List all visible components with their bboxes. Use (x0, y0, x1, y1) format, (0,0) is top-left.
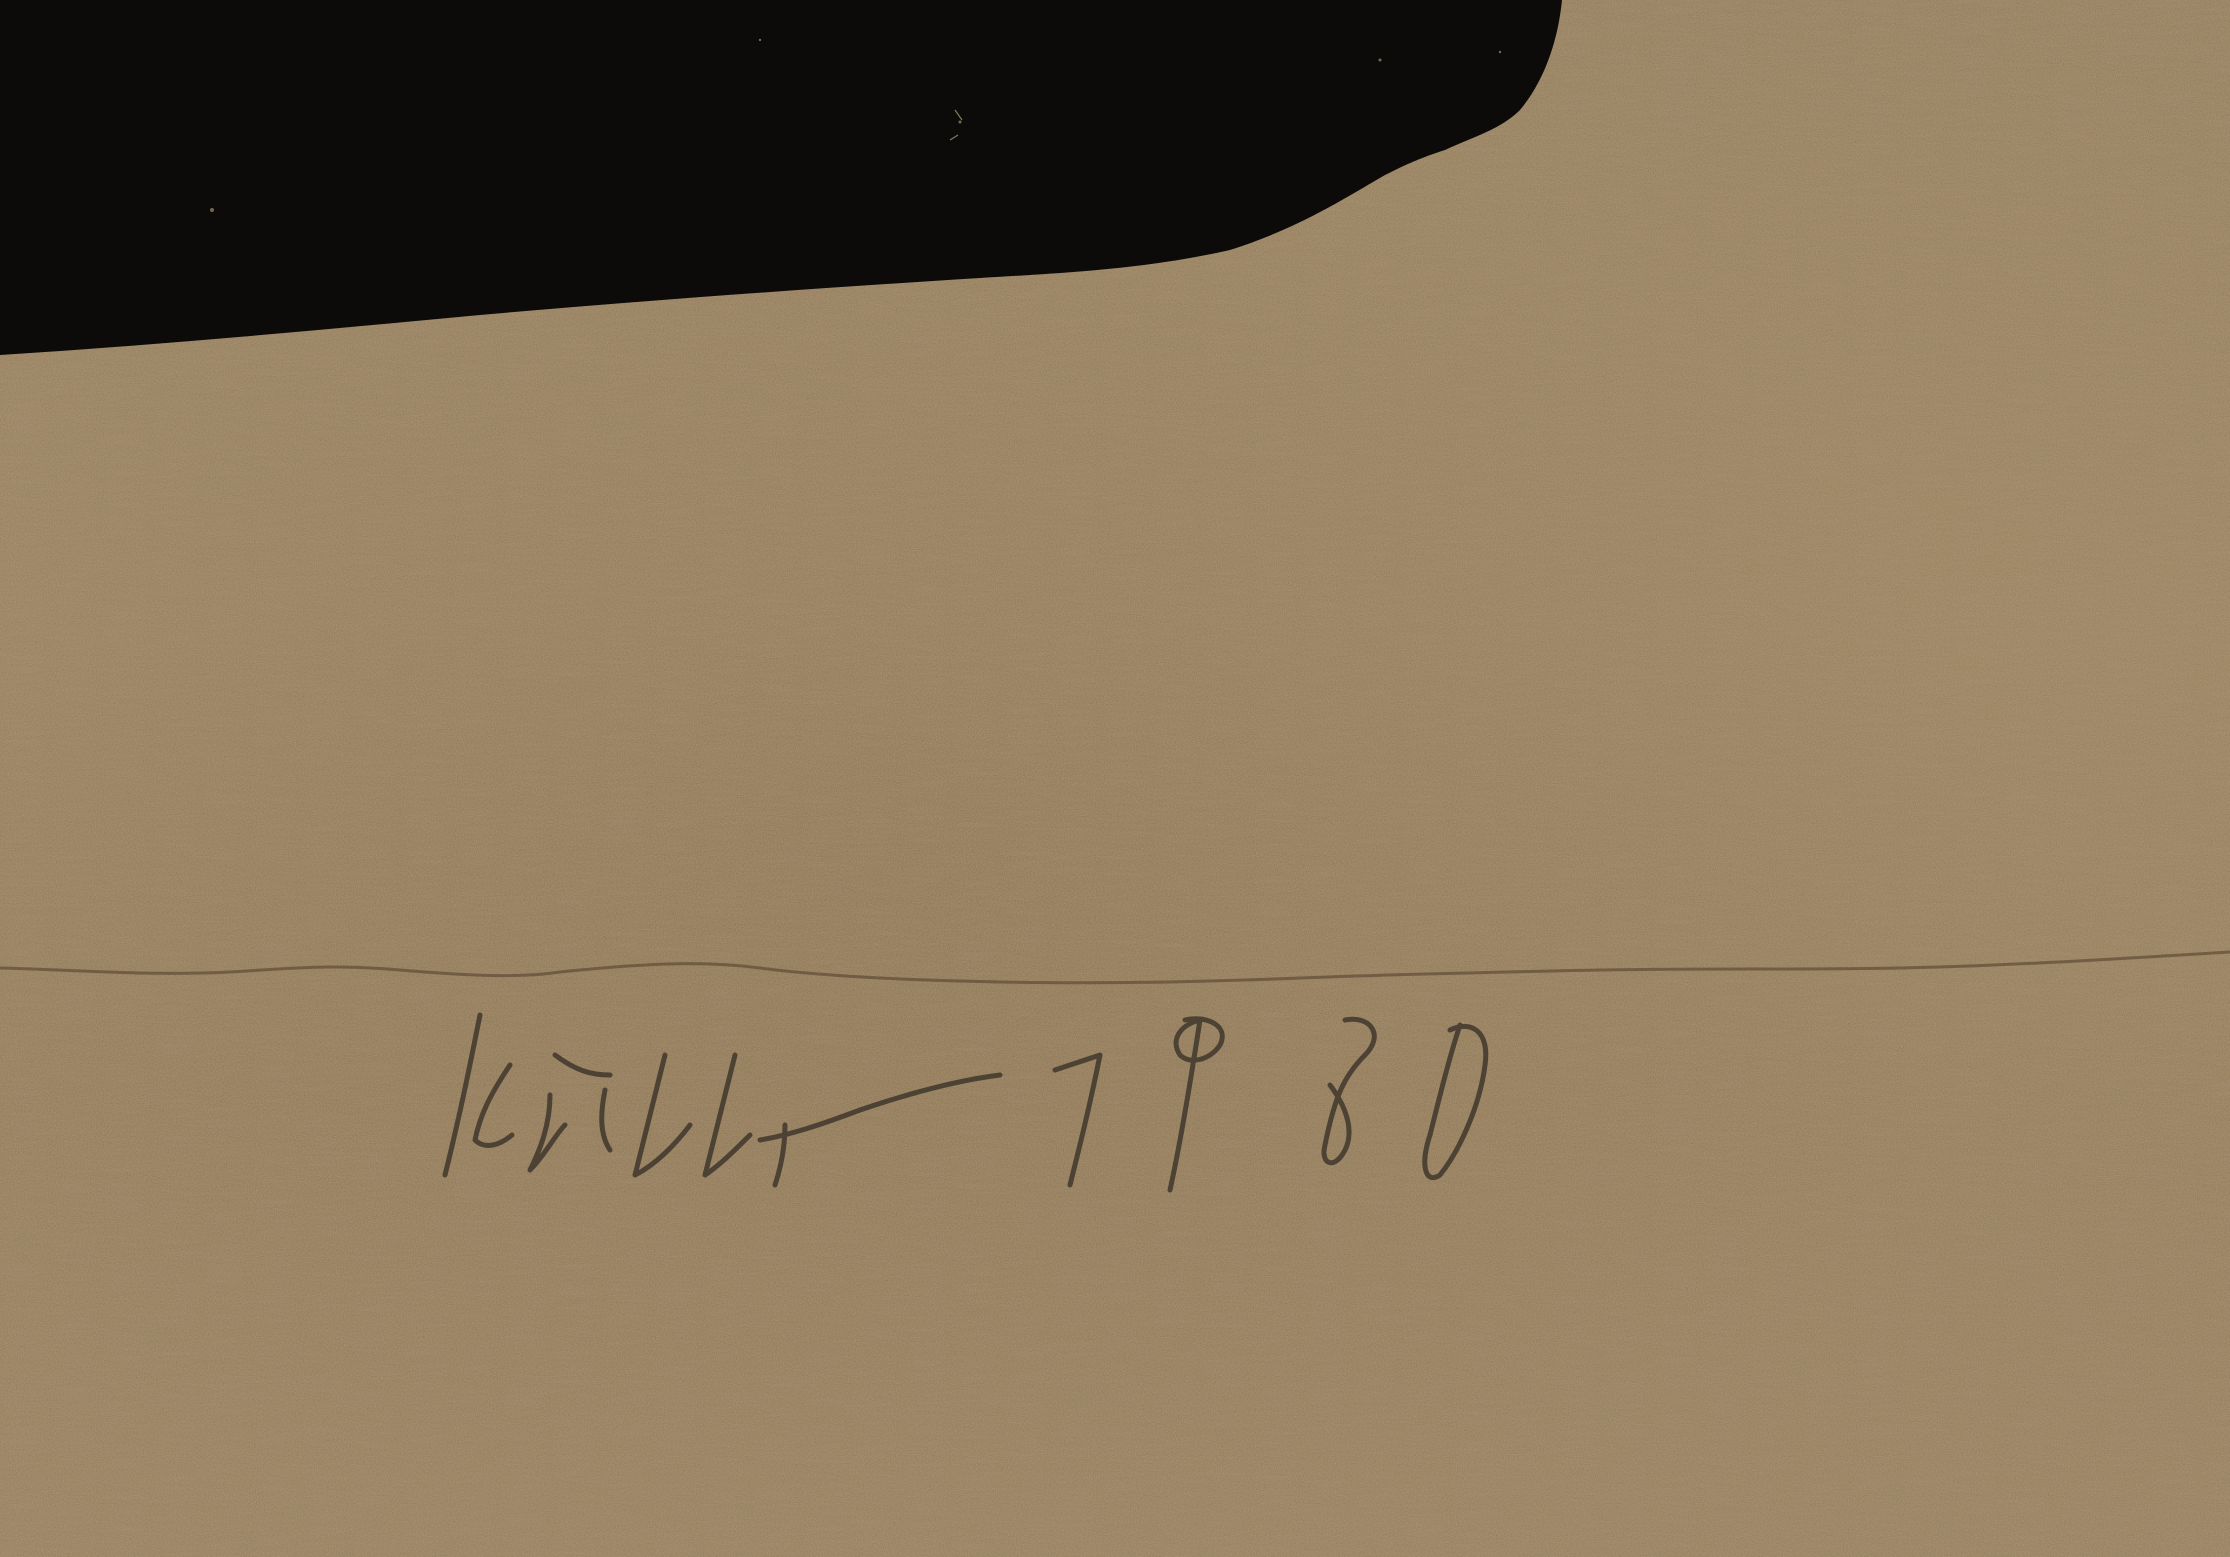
black-ink-form (0, 0, 2230, 400)
artwork-canvas: Kuhler 1980 (0, 0, 2230, 1557)
pencil-signature (440, 975, 1840, 1235)
